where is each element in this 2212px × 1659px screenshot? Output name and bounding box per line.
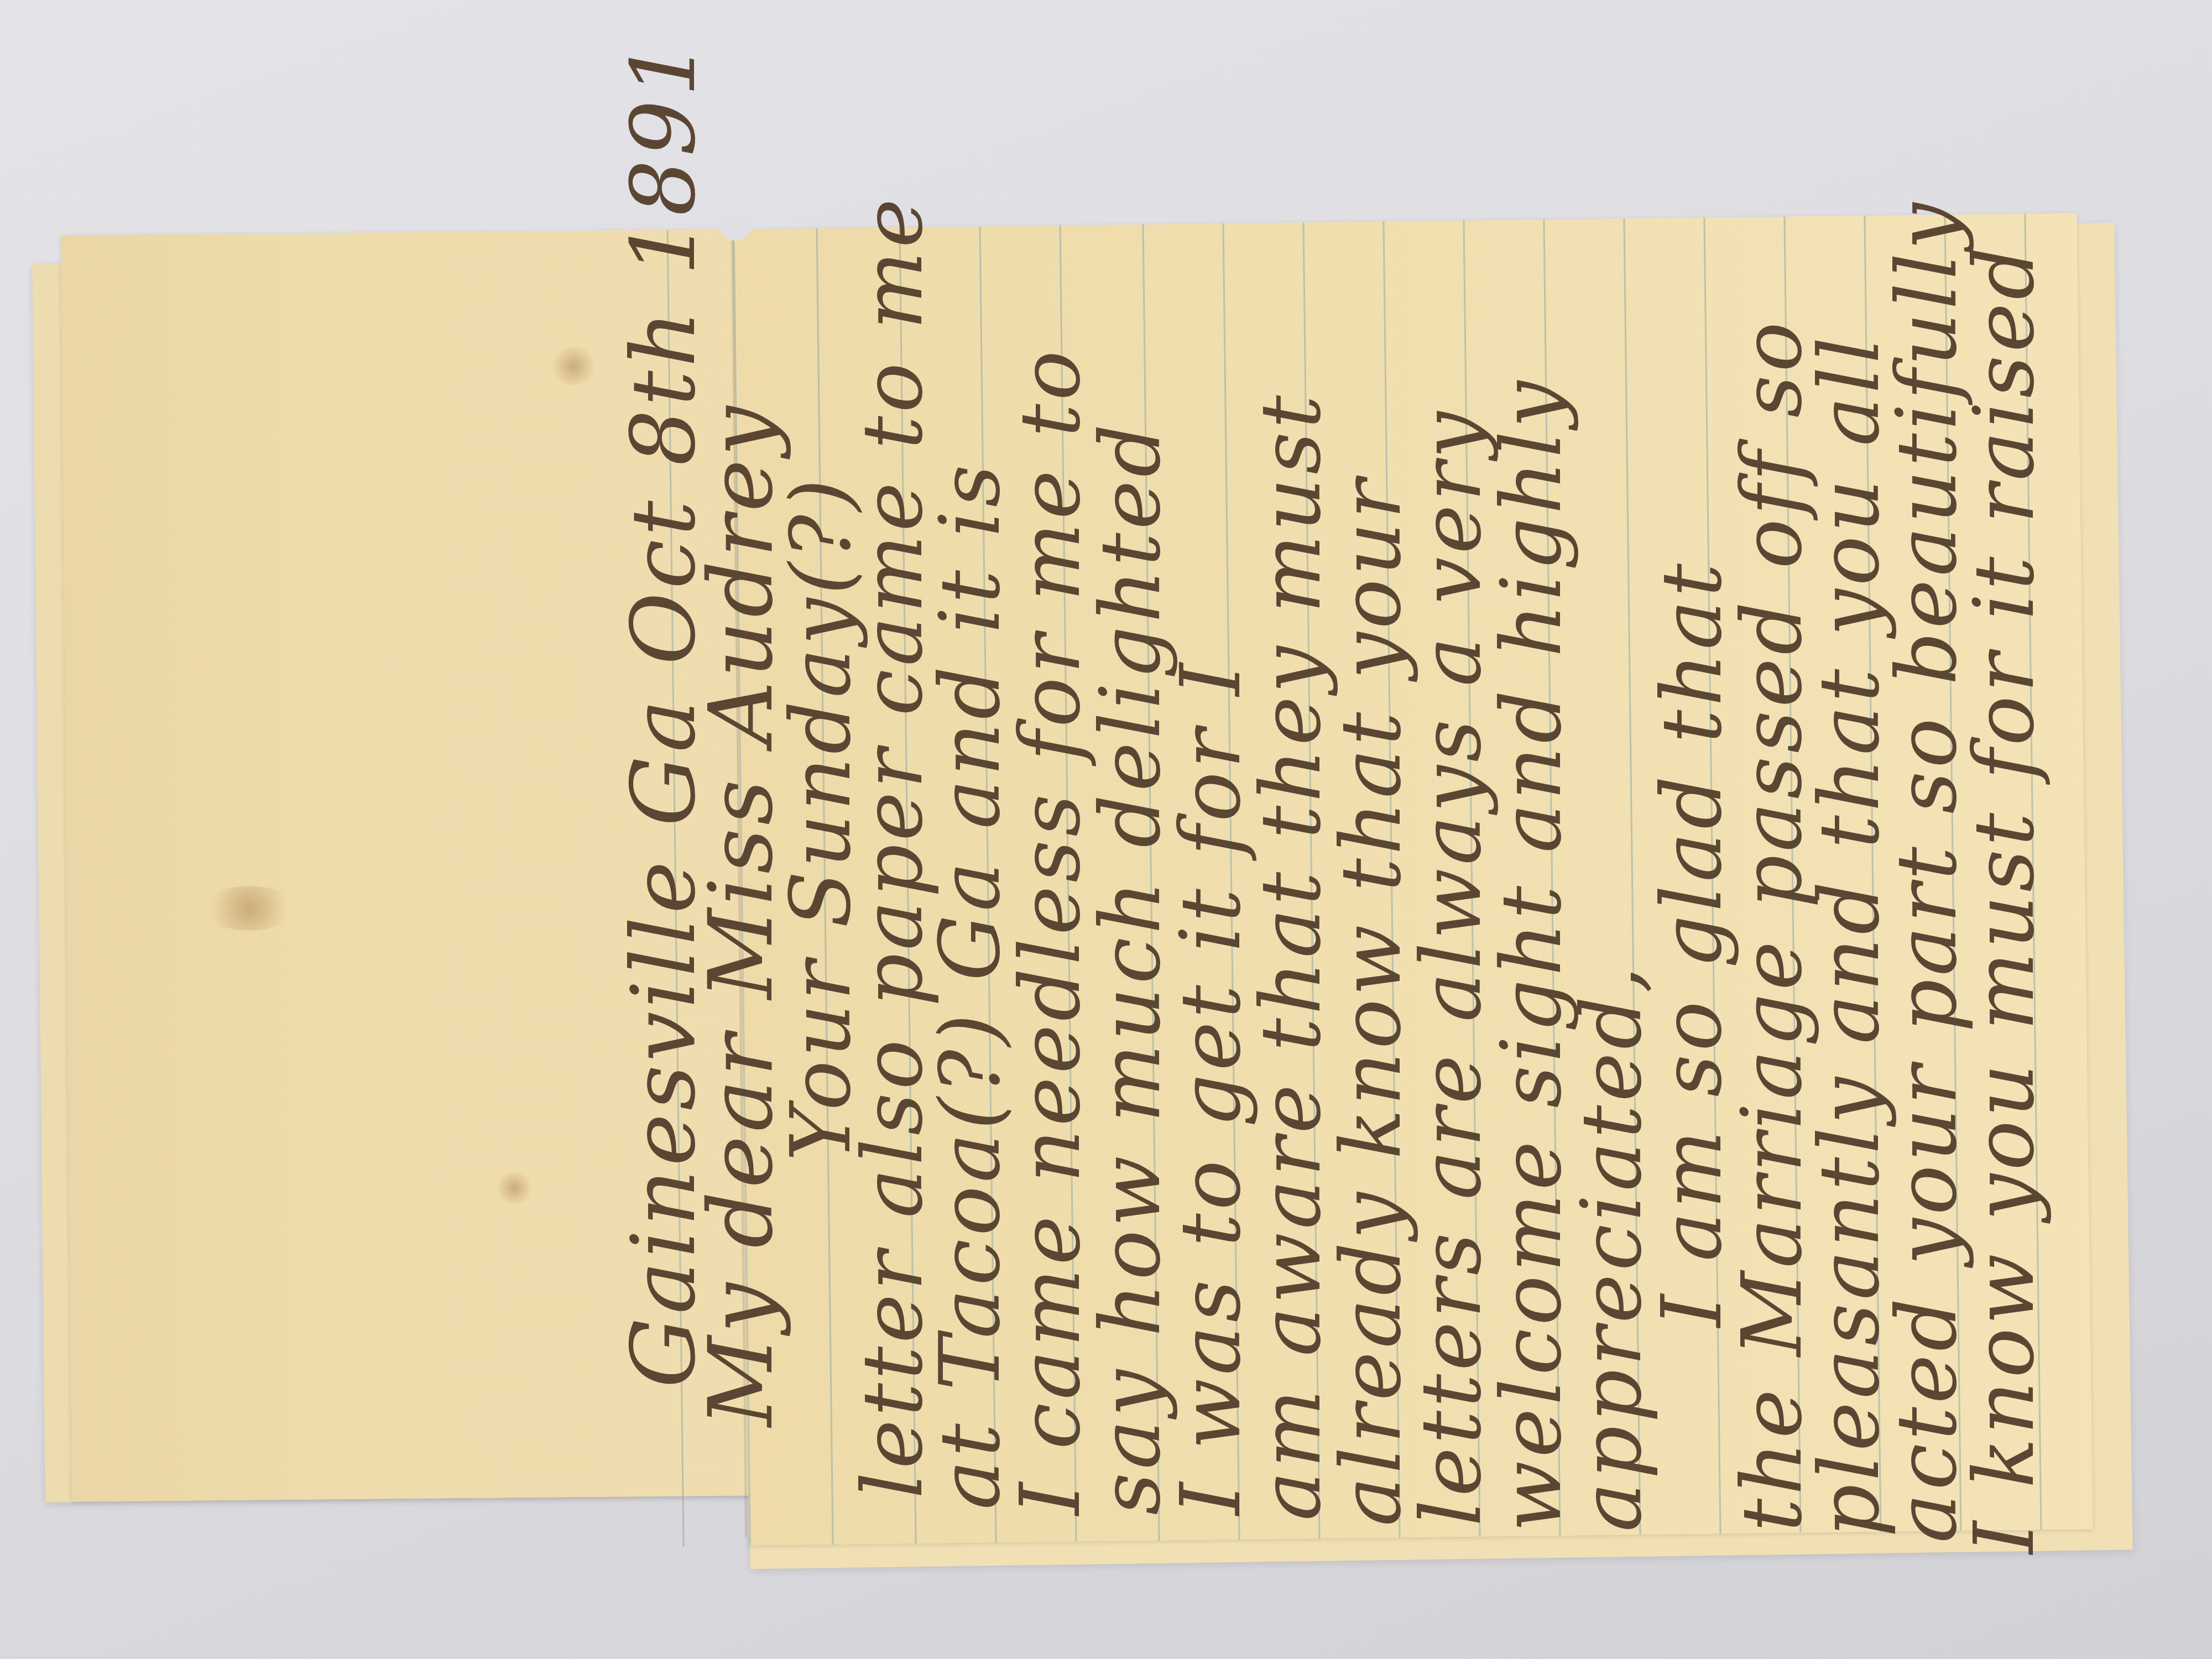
- letter-line: say how much delighted: [1089, 421, 1172, 1515]
- age-stain: [199, 886, 299, 931]
- age-stain: [549, 347, 599, 386]
- letter-line: appreciated,: [1571, 963, 1653, 1532]
- letter-line: am aware that they must: [1250, 392, 1333, 1521]
- letter-line: I am so glad that: [1651, 560, 1734, 1327]
- photo-scene: Gainesville Ga Oct 8th 1891 My dear Miss…: [0, 0, 2212, 1659]
- letter-salutation: My dear Miss Audrey: [697, 403, 785, 1427]
- letter-line: welcome sight and highly: [1490, 378, 1573, 1532]
- age-stain: [495, 1171, 534, 1205]
- letter-line: I know you must for it raised: [1963, 243, 2046, 1554]
- letter-line: letters are always a very: [1410, 408, 1493, 1526]
- letter-line: I was to get it for I: [1170, 660, 1253, 1515]
- letter-line: already know that your: [1330, 476, 1413, 1526]
- letter-line: at Tacoa(?) Ga and it is: [929, 461, 1012, 1510]
- letter-line: I came needless for me to: [1009, 347, 1092, 1515]
